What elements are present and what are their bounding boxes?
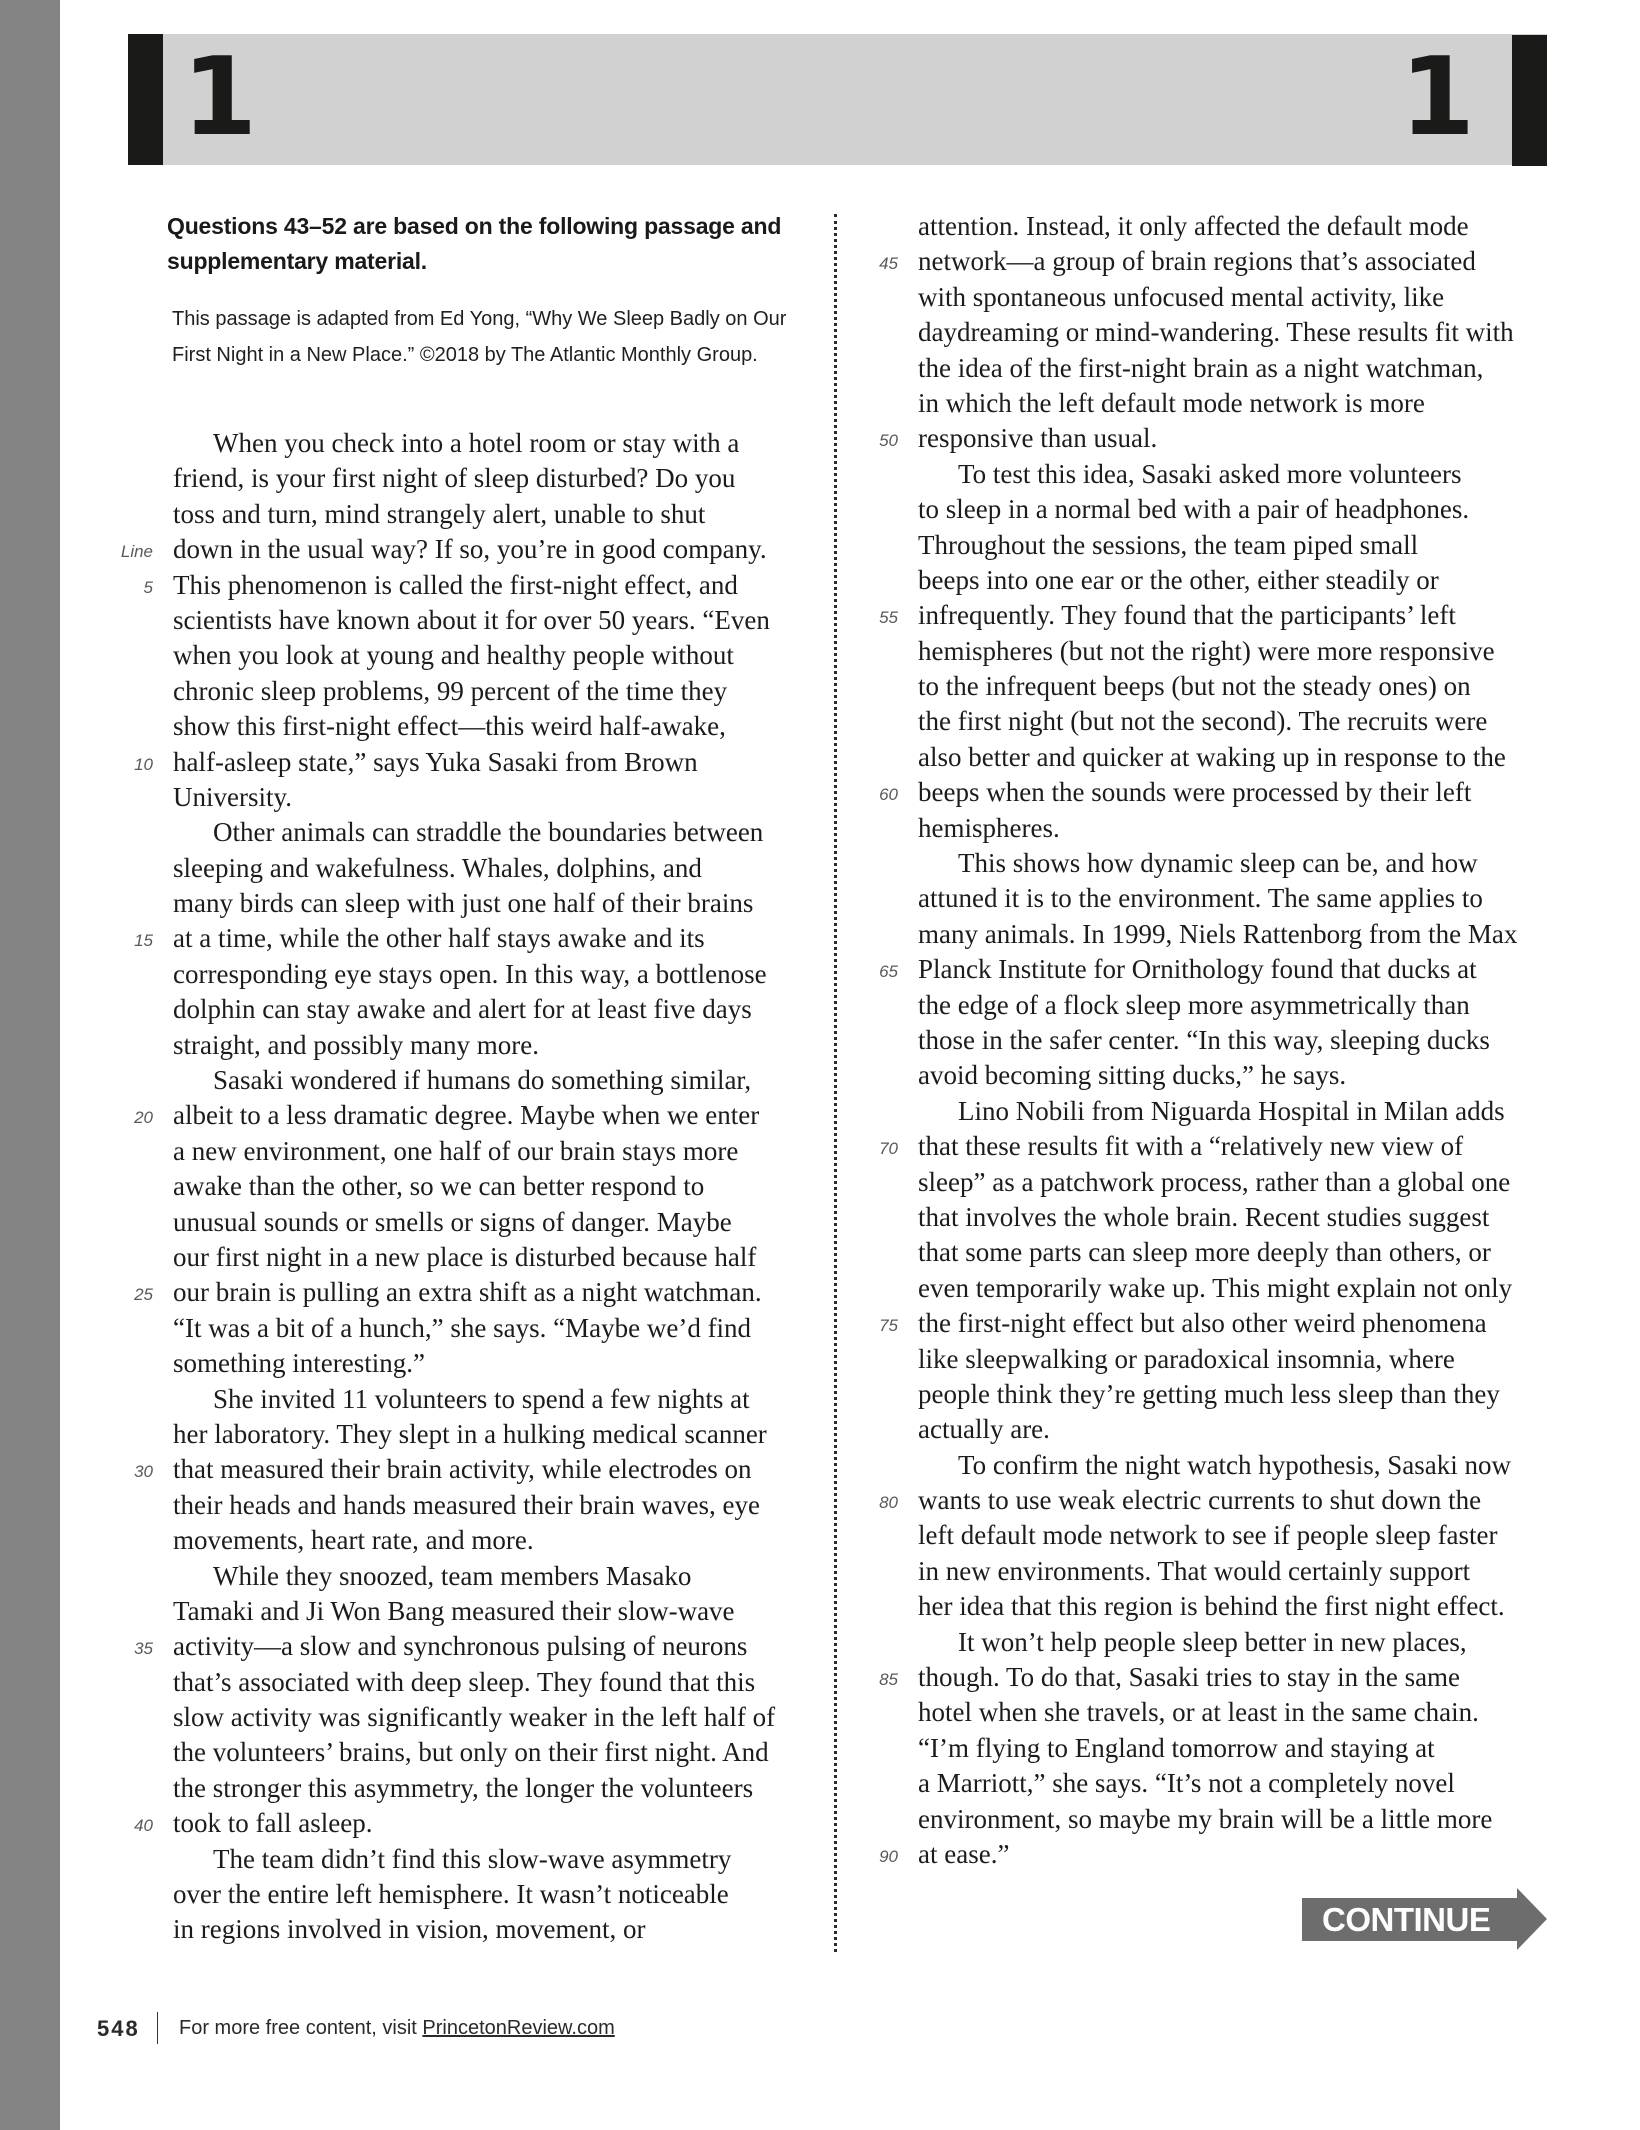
passage-line: over the entire left hemisphere. It wasn… <box>173 1877 813 1912</box>
passage-line: the edge of a flock sleep more asymmetri… <box>918 988 1558 1023</box>
page-number: 548 <box>97 2016 140 2042</box>
passage-line: 60beeps when the sounds were processed b… <box>918 775 1558 810</box>
line-text: It won’t help people sleep better in new… <box>918 1627 1467 1657</box>
princeton-review-link[interactable]: PrincetonReview.com <box>422 2017 614 2039</box>
passage-line: in regions involved in vision, movement,… <box>173 1912 813 1947</box>
line-text: those in the safer center. “In this way,… <box>918 1025 1490 1055</box>
passage-line: to sleep in a normal bed with a pair of … <box>918 492 1558 527</box>
line-text: Lino Nobili from Niguarda Hospital in Mi… <box>918 1096 1505 1126</box>
line-text: their heads and hands measured their bra… <box>173 1490 760 1520</box>
passage-line: This shows how dynamic sleep can be, and… <box>918 846 1558 881</box>
passage-line: 15at a time, while the other half stays … <box>173 921 813 956</box>
line-text: dolphin can stay awake and alert for at … <box>173 994 752 1024</box>
passage-line: While they snoozed, team members Masako <box>173 1559 813 1594</box>
passage-line: corresponding eye stays open. In this wa… <box>173 957 813 992</box>
line-number: 50 <box>879 423 898 458</box>
passage-line: 10half-asleep state,” says Yuka Sasaki f… <box>173 745 813 780</box>
line-text: friend, is your first night of sleep dis… <box>173 463 735 493</box>
passage-line: toss and turn, mind strangely alert, una… <box>173 497 813 532</box>
line-text: Throughout the sessions, the team piped … <box>918 530 1418 560</box>
passage-line: left default mode network to see if peop… <box>918 1518 1558 1553</box>
line-text: chronic sleep problems, 99 percent of th… <box>173 676 727 706</box>
line-text: To test this idea, Sasaki asked more vol… <box>918 459 1462 489</box>
line-text: left default mode network to see if peop… <box>918 1520 1498 1550</box>
line-text: wants to use weak electric currents to s… <box>918 1485 1481 1515</box>
line-text: half-asleep state,” says Yuka Sasaki fro… <box>173 747 698 777</box>
passage-line: those in the safer center. “In this way,… <box>918 1023 1558 1058</box>
passage-line: straight, and possibly many more. <box>173 1028 813 1063</box>
line-text: many birds can sleep with just one half … <box>173 888 753 918</box>
line-text: her laboratory. They slept in a hulking … <box>173 1419 767 1449</box>
line-number: 80 <box>879 1485 898 1520</box>
passage-line: 20albeit to a less dramatic degree. Mayb… <box>173 1098 813 1133</box>
questions-heading: Questions 43–52 are based on the followi… <box>167 209 827 279</box>
line-text: This phenomenon is called the first-nigh… <box>173 570 738 600</box>
passage-line: like sleepwalking or paradoxical insomni… <box>918 1342 1558 1377</box>
passage-line: 80wants to use weak electric currents to… <box>918 1483 1558 1518</box>
passage-line: hotel when she travels, or at least in t… <box>918 1695 1558 1730</box>
line-text: Planck Institute for Ornithology found t… <box>918 954 1477 984</box>
line-text: like sleepwalking or paradoxical insomni… <box>918 1344 1455 1374</box>
passage-line: the stronger this asymmetry, the longer … <box>173 1771 813 1806</box>
line-text: beeps into one ear or the other, either … <box>918 565 1439 595</box>
passage-line: “I’m flying to England tomorrow and stay… <box>918 1731 1558 1766</box>
line-text: many animals. In 1999, Niels Rattenborg … <box>918 919 1517 949</box>
passage-line: in which the left default mode network i… <box>918 386 1558 421</box>
line-number: 70 <box>879 1131 898 1166</box>
passage-line: in new environments. That would certainl… <box>918 1554 1558 1589</box>
line-text: toss and turn, mind strangely alert, una… <box>173 499 705 529</box>
line-text: in which the left default mode network i… <box>918 388 1425 418</box>
line-text: actually are. <box>918 1414 1050 1444</box>
passage-line: University. <box>173 780 813 815</box>
passage-source: This passage is adapted from Ed Yong, “W… <box>172 302 812 373</box>
passage-line: Lino Nobili from Niguarda Hospital in Mi… <box>918 1094 1558 1129</box>
passage-line: 90at ease.” <box>918 1837 1558 1872</box>
passage-line: 55infrequently. They found that the part… <box>918 598 1558 633</box>
line-text: took to fall asleep. <box>173 1808 372 1838</box>
line-text: scientists have known about it for over … <box>173 605 770 635</box>
line-text: that measured their brain activity, whil… <box>173 1454 752 1484</box>
passage-line: hemispheres. <box>918 811 1558 846</box>
line-number: 55 <box>879 600 898 635</box>
passage-line: that some parts can sleep more deeply th… <box>918 1235 1558 1270</box>
line-text: activity—a slow and synchronous pulsing … <box>173 1631 747 1661</box>
line-text: straight, and possibly many more. <box>173 1030 539 1060</box>
passage-line: 30that measured their brain activity, wh… <box>173 1452 813 1487</box>
line-text: infrequently. They found that the partic… <box>918 600 1456 630</box>
line-text: something interesting.” <box>173 1348 425 1378</box>
passage-line: to the infrequent beeps (but not the ste… <box>918 669 1558 704</box>
passage-line: avoid becoming sitting ducks,” he says. <box>918 1058 1558 1093</box>
line-number: 40 <box>134 1808 153 1843</box>
section-number-right: 1 <box>1400 38 1475 158</box>
passage-line: 75the first-night effect but also other … <box>918 1306 1558 1341</box>
line-text: the edge of a flock sleep more asymmetri… <box>918 990 1470 1020</box>
header-bar-left <box>128 34 163 165</box>
line-text: Other animals can straddle the boundarie… <box>173 817 763 847</box>
passage-line: 65Planck Institute for Ornithology found… <box>918 952 1558 987</box>
line-text: people think they’re getting much less s… <box>918 1379 1500 1409</box>
passage-line: dolphin can stay awake and alert for at … <box>173 992 813 1027</box>
line-text: even temporarily wake up. This might exp… <box>918 1273 1512 1303</box>
line-number: 35 <box>134 1631 153 1666</box>
line-text: “I’m flying to England tomorrow and stay… <box>918 1733 1435 1763</box>
line-text: network—a group of brain regions that’s … <box>918 246 1476 276</box>
passage-line: 85though. To do that, Sasaki tries to st… <box>918 1660 1558 1695</box>
line-text: the first-night effect but also other we… <box>918 1308 1487 1338</box>
passage-line: her idea that this region is behind the … <box>918 1589 1558 1624</box>
passage-line: Linedown in the usual way? If so, you’re… <box>173 532 813 567</box>
continue-label: CONTINUE <box>1322 1898 1490 1941</box>
line-text: slow activity was significantly weaker i… <box>173 1702 775 1732</box>
line-text: the volunteers’ brains, but only on thei… <box>173 1737 769 1767</box>
line-text: with spontaneous unfocused mental activi… <box>918 282 1444 312</box>
line-text: responsive than usual. <box>918 423 1157 453</box>
passage-line: a new environment, one half of our brain… <box>173 1134 813 1169</box>
line-text: though. To do that, Sasaki tries to stay… <box>918 1662 1460 1692</box>
line-text: at a time, while the other half stays aw… <box>173 923 705 953</box>
passage-line: friend, is your first night of sleep dis… <box>173 461 813 496</box>
line-text: University. <box>173 782 292 812</box>
passage-line: our first night in a new place is distur… <box>173 1240 813 1275</box>
passage-line: unusual sounds or smells or signs of dan… <box>173 1205 813 1240</box>
line-text: Sasaki wondered if humans do something s… <box>173 1065 751 1095</box>
passage-line: actually are. <box>918 1412 1558 1447</box>
passage-left-column: When you check into a hotel room or stay… <box>173 426 813 1948</box>
passage-line: beeps into one ear or the other, either … <box>918 563 1558 598</box>
passage-line: the volunteers’ brains, but only on thei… <box>173 1735 813 1770</box>
line-text: sleeping and wakefulness. Whales, dolphi… <box>173 853 702 883</box>
passage-line: movements, heart rate, and more. <box>173 1523 813 1558</box>
footer-prefix: For more free content, visit <box>179 2017 422 2039</box>
line-text: When you check into a hotel room or stay… <box>173 428 739 458</box>
line-text: This shows how dynamic sleep can be, and… <box>918 848 1478 878</box>
line-text: show this first-night effect—this weird … <box>173 711 726 741</box>
line-text: avoid becoming sitting ducks,” he says. <box>918 1060 1346 1090</box>
footer-divider <box>157 2012 158 2044</box>
passage-line: awake than the other, so we can better r… <box>173 1169 813 1204</box>
line-number: 25 <box>134 1277 153 1312</box>
passage-line: Tamaki and Ji Won Bang measured their sl… <box>173 1594 813 1629</box>
passage-line: sleep” as a patchwork process, rather th… <box>918 1165 1558 1200</box>
passage-line: the idea of the first-night brain as a n… <box>918 351 1558 386</box>
line-number: 90 <box>879 1839 898 1874</box>
continue-button[interactable]: CONTINUE <box>1302 1888 1548 1950</box>
section-number-left: 1 <box>182 38 257 158</box>
line-text: “It was a bit of a hunch,” she says. “Ma… <box>173 1313 751 1343</box>
passage-line: 40took to fall asleep. <box>173 1806 813 1841</box>
line-text: at ease.” <box>918 1839 1009 1869</box>
passage-line: attuned it is to the environment. The sa… <box>918 881 1558 916</box>
passage-line: 35activity—a slow and synchronous pulsin… <box>173 1629 813 1664</box>
passage-line: Other animals can straddle the boundarie… <box>173 815 813 850</box>
line-text: hemispheres (but not the right) were mor… <box>918 636 1495 666</box>
line-number: 75 <box>879 1308 898 1343</box>
line-text: the first night (but not the second). Th… <box>918 706 1487 736</box>
line-text: Tamaki and Ji Won Bang measured their sl… <box>173 1596 735 1626</box>
passage-line: that involves the whole brain. Recent st… <box>918 1200 1558 1235</box>
line-text: a Marriott,” she says. “It’s not a compl… <box>918 1768 1455 1798</box>
footer-text: For more free content, visit PrincetonRe… <box>179 2017 615 2040</box>
line-text: beeps when the sounds were processed by … <box>918 777 1471 807</box>
passage-line: chronic sleep problems, 99 percent of th… <box>173 674 813 709</box>
line-text: environment, so maybe my brain will be a… <box>918 1804 1492 1834</box>
passage-line: To test this idea, Sasaki asked more vol… <box>918 457 1558 492</box>
passage-line: people think they’re getting much less s… <box>918 1377 1558 1412</box>
line-number: 85 <box>879 1662 898 1697</box>
passage-line: scientists have known about it for over … <box>173 603 813 638</box>
line-number: Line <box>121 534 153 569</box>
passage-line: Sasaki wondered if humans do something s… <box>173 1063 813 1098</box>
passage-line: It won’t help people sleep better in new… <box>918 1625 1558 1660</box>
passage-line: show this first-night effect—this weird … <box>173 709 813 744</box>
line-text: our brain is pulling an extra shift as a… <box>173 1277 762 1307</box>
passage-line: “It was a bit of a hunch,” she says. “Ma… <box>173 1311 813 1346</box>
passage-line: many animals. In 1999, Niels Rattenborg … <box>918 917 1558 952</box>
passage-line: 25our brain is pulling an extra shift as… <box>173 1275 813 1310</box>
line-text: in new environments. That would certainl… <box>918 1556 1470 1586</box>
line-number: 65 <box>879 954 898 989</box>
header-bar-right <box>1512 35 1547 166</box>
line-text: her idea that this region is behind the … <box>918 1591 1505 1621</box>
line-text: hemispheres. <box>918 813 1060 843</box>
passage-line: Throughout the sessions, the team piped … <box>918 528 1558 563</box>
line-text: the stronger this asymmetry, the longer … <box>173 1773 753 1803</box>
section-header: 1 1 <box>128 34 1547 165</box>
line-text: that involves the whole brain. Recent st… <box>918 1202 1489 1232</box>
passage-line: even temporarily wake up. This might exp… <box>918 1271 1558 1306</box>
page-gutter <box>0 0 60 2130</box>
line-number: 15 <box>134 923 153 958</box>
line-text: over the entire left hemisphere. It wasn… <box>173 1879 729 1909</box>
line-number: 5 <box>144 570 153 605</box>
passage-line: 45network—a group of brain regions that’… <box>918 244 1558 279</box>
line-number: 60 <box>879 777 898 812</box>
line-text: a new environment, one half of our brain… <box>173 1136 738 1166</box>
line-text: hotel when she travels, or at least in t… <box>918 1697 1479 1727</box>
passage-line: something interesting.” <box>173 1346 813 1381</box>
line-text: our first night in a new place is distur… <box>173 1242 756 1272</box>
line-text: sleep” as a patchwork process, rather th… <box>918 1167 1510 1197</box>
line-text: that these results fit with a “relativel… <box>918 1131 1463 1161</box>
passage-line: 50responsive than usual. <box>918 421 1558 456</box>
line-text: albeit to a less dramatic degree. Maybe … <box>173 1100 759 1130</box>
passage-line: many birds can sleep with just one half … <box>173 886 813 921</box>
passage-line: To confirm the night watch hypothesis, S… <box>918 1448 1558 1483</box>
line-text: unusual sounds or smells or signs of dan… <box>173 1207 732 1237</box>
passage-line: her laboratory. They slept in a hulking … <box>173 1417 813 1452</box>
line-text: awake than the other, so we can better r… <box>173 1171 704 1201</box>
line-number: 20 <box>134 1100 153 1135</box>
line-text: attuned it is to the environment. The sa… <box>918 883 1483 913</box>
line-text: to sleep in a normal bed with a pair of … <box>918 494 1469 524</box>
line-text: that’s associated with deep sleep. They … <box>173 1667 755 1697</box>
line-text: The team didn’t find this slow-wave asym… <box>173 1844 731 1874</box>
passage-line: hemispheres (but not the right) were mor… <box>918 634 1558 669</box>
column-divider <box>834 214 837 1952</box>
line-text: She invited 11 volunteers to spend a few… <box>173 1384 750 1414</box>
line-text: that some parts can sleep more deeply th… <box>918 1237 1491 1267</box>
passage-line: when you look at young and healthy peopl… <box>173 638 813 673</box>
line-text: movements, heart rate, and more. <box>173 1525 534 1555</box>
line-text: While they snoozed, team members Masako <box>173 1561 691 1591</box>
line-number: 45 <box>879 246 898 281</box>
line-text: attention. Instead, it only affected the… <box>918 211 1469 241</box>
passage-line: with spontaneous unfocused mental activi… <box>918 280 1558 315</box>
passage-line: slow activity was significantly weaker i… <box>173 1700 813 1735</box>
passage-line: When you check into a hotel room or stay… <box>173 426 813 461</box>
passage-line: daydreaming or mind-wandering. These res… <box>918 315 1558 350</box>
passage-line: also better and quicker at waking up in … <box>918 740 1558 775</box>
line-text: daydreaming or mind-wandering. These res… <box>918 317 1514 347</box>
passage-line: 70that these results fit with a “relativ… <box>918 1129 1558 1164</box>
passage-line: environment, so maybe my brain will be a… <box>918 1802 1558 1837</box>
passage-line: the first night (but not the second). Th… <box>918 704 1558 739</box>
passage-line: She invited 11 volunteers to spend a few… <box>173 1382 813 1417</box>
line-text: To confirm the night watch hypothesis, S… <box>918 1450 1511 1480</box>
line-text: when you look at young and healthy peopl… <box>173 640 734 670</box>
line-text: in regions involved in vision, movement,… <box>173 1914 645 1944</box>
line-text: corresponding eye stays open. In this wa… <box>173 959 767 989</box>
passage-line: attention. Instead, it only affected the… <box>918 209 1558 244</box>
line-number: 10 <box>134 747 153 782</box>
passage-line: 5This phenomenon is called the first-nig… <box>173 568 813 603</box>
line-text: also better and quicker at waking up in … <box>918 742 1506 772</box>
passage-line: their heads and hands measured their bra… <box>173 1488 813 1523</box>
line-text: to the infrequent beeps (but not the ste… <box>918 671 1471 701</box>
passage-line: that’s associated with deep sleep. They … <box>173 1665 813 1700</box>
line-text: the idea of the first-night brain as a n… <box>918 353 1483 383</box>
passage-right-column: attention. Instead, it only affected the… <box>918 209 1558 1872</box>
line-number: 30 <box>134 1454 153 1489</box>
line-text: down in the usual way? If so, you’re in … <box>173 534 767 564</box>
passage-line: sleeping and wakefulness. Whales, dolphi… <box>173 851 813 886</box>
passage-line: a Marriott,” she says. “It’s not a compl… <box>918 1766 1558 1801</box>
passage-line: The team didn’t find this slow-wave asym… <box>173 1842 813 1877</box>
